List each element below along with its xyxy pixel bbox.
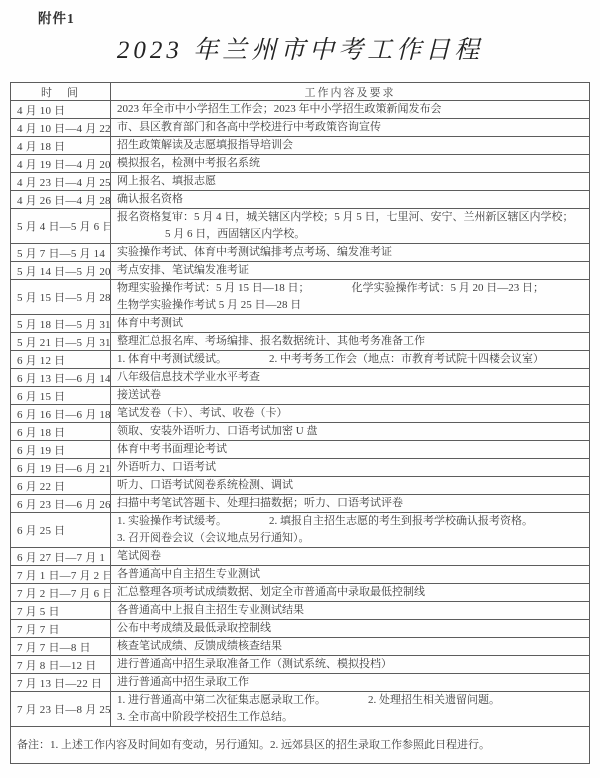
table-row: 6 月 25 日1. 实验操作考试缓考。2. 填报自主招生志愿的考生到报考学校确… [11,513,590,548]
row-time-cell: 6 月 22 日 [11,477,111,495]
content-segment: 接送试卷 [117,387,161,404]
table-row: 6 月 22 日听力、口语考试阅卷系统检测、调试 [11,477,590,495]
content-line: 2023 年全市中小学招生工作会；2023 年中小学招生政策新闻发布会 [117,101,583,118]
row-time-cell: 5 月 4 日—5 月 6 日 [11,209,111,244]
content-segment: 外语听力、口语考试 [117,459,216,476]
row-content-cell: 网上报名、填报志愿 [111,173,590,191]
row-time-cell: 7 月 7 日 [11,620,111,638]
content-line: 八年级信息技术学业水平考查 [117,369,583,386]
note-cell: 备注：1. 上述工作内容及时间如有变动，另行通知。2. 远郊县区的招生录取工作参… [11,727,590,764]
table-row: 7 月 13 日—22 日进行普通高中招生录取工作 [11,674,590,692]
table-row: 4 月 10 日—4 月 22 日市、县区教育部门和各高中学校进行中考政策咨询宣… [11,119,590,137]
content-segment: 笔试发卷（卡）、考试、收卷（卡） [117,405,288,422]
row-content-cell: 体育中考书面理论考试 [111,441,590,459]
table-row: 5 月 21 日—5 月 31 日整理汇总报名库、考场编排、报名数据统计、其他考… [11,333,590,351]
content-segment: 进行普通高中招生录取工作 [117,674,249,691]
content-segment: 物理实验操作考试：5 月 15 日—18 日； [117,280,310,297]
row-content-cell: 进行普通高中招生录取准备工作（测试系统、模拟投档） [111,656,590,674]
row-time-cell: 4 月 19 日—4 月 20 日 [11,155,111,173]
table-row: 4 月 23 日—4 月 25 日网上报名、填报志愿 [11,173,590,191]
content-segment: 市、县区教育部门和各高中学校进行中考政策咨询宣传 [117,119,381,136]
content-line: 听力、口语考试阅卷系统检测、调试 [117,477,583,494]
content-line: 接送试卷 [117,387,583,404]
content-segment: 整理汇总报名库、考场编排、报名数据统计、其他考务准备工作 [117,333,425,350]
row-time-cell: 6 月 19 日 [11,441,111,459]
table-row: 7 月 5 日各普通高中上报自主招生专业测试结果 [11,602,590,620]
row-content-cell: 1. 进行普通高中第二次征集志愿录取工作。2. 处理招生相关遗留问题。3. 全市… [111,692,590,727]
row-time-cell: 4 月 26 日—4 月 28 日 [11,191,111,209]
row-time-cell: 6 月 25 日 [11,513,111,548]
table-row: 5 月 7 日—5 月 14 日实验操作考试、体育中考测试编排考点考场、编发准考… [11,244,590,262]
table-header-row: 时 间 工作内容及要求 [11,83,590,101]
content-line: 各普通高中自主招生专业测试 [117,566,583,583]
content-line: 生物学实验操作考试 5 月 25 日—28 日 [117,297,583,314]
row-time-cell: 6 月 16 日—6 月 18 日 [11,405,111,423]
content-line: 公布中考成绩及最低录取控制线 [117,620,583,637]
content-segment: 5 月 6 日，西固辖区内学校。 [165,226,305,243]
table-row: 6 月 15 日接送试卷 [11,387,590,405]
table-row: 5 月 18 日—5 月 31 日体育中考测试 [11,315,590,333]
row-time-cell: 4 月 10 日—4 月 22 日 [11,119,111,137]
content-segment: 1. 进行普通高中第二次征集志愿录取工作。 [117,692,326,709]
content-line: 领取、安装外语听力、口语考试加密 U 盘 [117,423,583,440]
content-line: 体育中考书面理论考试 [117,441,583,458]
note-text: 备注：1. 上述工作内容及时间如有变动，另行通知。2. 远郊县区的招生录取工作参… [17,737,583,754]
row-content-cell: 汇总整理各项考试成绩数据、划定全市普通高中录取最低控制线 [111,584,590,602]
content-segment: 扫描中考笔试答题卡、处理扫描数据；听力、口语考试评卷 [117,495,403,512]
row-time-cell: 7 月 23 日—8 月 25 日 [11,692,111,727]
content-segment: 考点安排、笔试编发准考证 [117,262,249,279]
table-row: 7 月 8 日—12 日进行普通高中招生录取准备工作（测试系统、模拟投档） [11,656,590,674]
row-content-cell: 八年级信息技术学业水平考查 [111,369,590,387]
table-row: 6 月 18 日领取、安装外语听力、口语考试加密 U 盘 [11,423,590,441]
content-line: 招生政策解读及志愿填报指导培训会 [117,137,583,154]
content-segment: 各普通高中自主招生专业测试 [117,566,260,583]
row-time-cell: 6 月 12 日 [11,351,111,369]
content-line: 笔试发卷（卡）、考试、收卷（卡） [117,405,583,422]
content-line: 物理实验操作考试：5 月 15 日—18 日；化学实验操作考试：5 月 20 日… [117,280,583,297]
row-time-cell: 6 月 13 日—6 月 14 日 [11,369,111,387]
content-line: 报名资格复审：5 月 4 日，城关辖区内学校；5 月 5 日，七里河、安宁、兰州… [117,209,583,226]
row-content-cell: 外语听力、口语考试 [111,459,590,477]
row-content-cell: 报名资格复审：5 月 4 日，城关辖区内学校；5 月 5 日，七里河、安宁、兰州… [111,209,590,244]
row-content-cell: 物理实验操作考试：5 月 15 日—18 日；化学实验操作考试：5 月 20 日… [111,280,590,315]
row-content-cell: 2023 年全市中小学招生工作会；2023 年中小学招生政策新闻发布会 [111,101,590,119]
row-time-cell: 7 月 8 日—12 日 [11,656,111,674]
content-segment: 1. 实验操作考试缓考。 [117,513,227,530]
row-content-cell: 接送试卷 [111,387,590,405]
table-row: 6 月 19 日—6 月 21 日外语听力、口语考试 [11,459,590,477]
content-segment: 2. 处理招生相关遗留问题。 [368,692,500,709]
content-segment: 进行普通高中招生录取准备工作（测试系统、模拟投档） [117,656,392,673]
row-content-cell: 招生政策解读及志愿填报指导培训会 [111,137,590,155]
row-content-cell: 确认报名资格 [111,191,590,209]
content-line: 5 月 6 日，西固辖区内学校。 [117,226,583,243]
content-segment: 汇总整理各项考试成绩数据、划定全市普通高中录取最低控制线 [117,584,425,601]
row-time-cell: 7 月 1 日—7 月 2 日 [11,566,111,584]
row-time-cell: 5 月 7 日—5 月 14 日 [11,244,111,262]
row-time-cell: 4 月 18 日 [11,137,111,155]
content-segment: 生物学实验操作考试 5 月 25 日—28 日 [117,297,301,314]
row-time-cell: 6 月 27 日—7 月 1 日 [11,548,111,566]
table-row: 4 月 18 日招生政策解读及志愿填报指导培训会 [11,137,590,155]
content-segment: 招生政策解读及志愿填报指导培训会 [117,137,293,154]
row-content-cell: 笔试阅卷 [111,548,590,566]
note-row: 备注：1. 上述工作内容及时间如有变动，另行通知。2. 远郊县区的招生录取工作参… [11,727,590,764]
row-content-cell: 1. 实验操作考试缓考。2. 填报自主招生志愿的考生到报考学校确认报考资格。3.… [111,513,590,548]
content-line: 外语听力、口语考试 [117,459,583,476]
content-segment: 八年级信息技术学业水平考查 [117,369,260,386]
table-row: 7 月 7 日公布中考成绩及最低录取控制线 [11,620,590,638]
content-segment: 网上报名、填报志愿 [117,173,216,190]
content-line: 考点安排、笔试编发准考证 [117,262,583,279]
row-time-cell: 4 月 23 日—4 月 25 日 [11,173,111,191]
content-segment: 各普通高中上报自主招生专业测试结果 [117,602,304,619]
row-time-cell: 7 月 13 日—22 日 [11,674,111,692]
table-row: 6 月 19 日体育中考书面理论考试 [11,441,590,459]
content-segment: 公布中考成绩及最低录取控制线 [117,620,271,637]
content-segment: 体育中考测试 [117,315,183,332]
content-segment: 1. 体育中考测试缓试。 [117,351,227,368]
content-segment: 核查笔试成绩、反馈成绩核查结果 [117,638,282,655]
table-row: 5 月 14 日—5 月 20 日考点安排、笔试编发准考证 [11,262,590,280]
content-line: 网上报名、填报志愿 [117,173,583,190]
row-time-cell: 7 月 2 日—7 月 6 日 [11,584,111,602]
table-row: 7 月 2 日—7 月 6 日汇总整理各项考试成绩数据、划定全市普通高中录取最低… [11,584,590,602]
table-row: 7 月 7 日—8 日核查笔试成绩、反馈成绩核查结果 [11,638,590,656]
content-line: 实验操作考试、体育中考测试编排考点考场、编发准考证 [117,244,583,261]
row-time-cell: 5 月 21 日—5 月 31 日 [11,333,111,351]
row-content-cell: 公布中考成绩及最低录取控制线 [111,620,590,638]
content-line: 确认报名资格 [117,191,583,208]
table-row: 4 月 10 日2023 年全市中小学招生工作会；2023 年中小学招生政策新闻… [11,101,590,119]
row-content-cell: 实验操作考试、体育中考测试编排考点考场、编发准考证 [111,244,590,262]
row-content-cell: 整理汇总报名库、考场编排、报名数据统计、其他考务准备工作 [111,333,590,351]
document-page: 附件1 2023 年兰州市中考工作日程 时 间 工作内容及要求 4 月 10 日… [0,0,600,778]
table-row: 7 月 1 日—7 月 2 日各普通高中自主招生专业测试 [11,566,590,584]
content-line: 模拟报名，检测中考报名系统 [117,155,583,172]
row-content-cell: 核查笔试成绩、反馈成绩核查结果 [111,638,590,656]
row-content-cell: 各普通高中自主招生专业测试 [111,566,590,584]
content-line: 进行普通高中招生录取工作 [117,674,583,691]
content-segment: 2023 年全市中小学招生工作会；2023 年中小学招生政策新闻发布会 [117,101,442,118]
table-row: 6 月 12 日1. 体育中考测试缓试。2. 中考考务工作会（地点：市教育考试院… [11,351,590,369]
content-segment: 3. 全市高中阶段学校招生工作总结。 [117,709,293,726]
row-content-cell: 笔试发卷（卡）、考试、收卷（卡） [111,405,590,423]
table-row: 6 月 16 日—6 月 18 日笔试发卷（卡）、考试、收卷（卡） [11,405,590,423]
content-segment: 听力、口语考试阅卷系统检测、调试 [117,477,293,494]
row-content-cell: 听力、口语考试阅卷系统检测、调试 [111,477,590,495]
content-segment: 笔试阅卷 [117,548,161,565]
content-segment: 报名资格复审：5 月 4 日，城关辖区内学校；5 月 5 日，七里河、安宁、兰州… [117,209,574,226]
row-content-cell: 各普通高中上报自主招生专业测试结果 [111,602,590,620]
table-row: 7 月 23 日—8 月 25 日1. 进行普通高中第二次征集志愿录取工作。2.… [11,692,590,727]
content-line: 1. 体育中考测试缓试。2. 中考考务工作会（地点：市教育考试院十四楼会议室） [117,351,583,368]
content-line: 1. 进行普通高中第二次征集志愿录取工作。2. 处理招生相关遗留问题。 [117,692,583,709]
row-time-cell: 6 月 23 日—6 月 26 日 [11,495,111,513]
row-time-cell: 4 月 10 日 [11,101,111,119]
attachment-label: 附件1 [38,7,75,27]
table-row: 5 月 15 日—5 月 28 日物理实验操作考试：5 月 15 日—18 日；… [11,280,590,315]
content-line: 3. 召开阅卷会议（会议地点另行通知）。 [117,530,583,547]
row-content-cell: 体育中考测试 [111,315,590,333]
row-time-cell: 6 月 19 日—6 月 21 日 [11,459,111,477]
row-content-cell: 领取、安装外语听力、口语考试加密 U 盘 [111,423,590,441]
table-row: 4 月 26 日—4 月 28 日确认报名资格 [11,191,590,209]
row-time-cell: 5 月 14 日—5 月 20 日 [11,262,111,280]
row-time-cell: 7 月 7 日—8 日 [11,638,111,656]
table-row: 6 月 27 日—7 月 1 日笔试阅卷 [11,548,590,566]
content-segment: 实验操作考试、体育中考测试编排考点考场、编发准考证 [117,244,392,261]
content-line: 核查笔试成绩、反馈成绩核查结果 [117,638,583,655]
content-line: 1. 实验操作考试缓考。2. 填报自主招生志愿的考生到报考学校确认报考资格。 [117,513,583,530]
content-line: 整理汇总报名库、考场编排、报名数据统计、其他考务准备工作 [117,333,583,350]
content-line: 扫描中考笔试答题卡、处理扫描数据；听力、口语考试评卷 [117,495,583,512]
row-time-cell: 5 月 18 日—5 月 31 日 [11,315,111,333]
row-content-cell: 进行普通高中招生录取工作 [111,674,590,692]
content-segment: 2. 填报自主招生志愿的考生到报考学校确认报考资格。 [269,513,533,530]
row-time-cell: 6 月 18 日 [11,423,111,441]
content-column-header: 工作内容及要求 [111,83,590,101]
content-line: 3. 全市高中阶段学校招生工作总结。 [117,709,583,726]
content-segment: 3. 召开阅卷会议（会议地点另行通知）。 [117,530,310,547]
row-time-cell: 5 月 15 日—5 月 28 日 [11,280,111,315]
row-content-cell: 考点安排、笔试编发准考证 [111,262,590,280]
page-title: 2023 年兰州市中考工作日程 [0,30,600,66]
content-line: 各普通高中上报自主招生专业测试结果 [117,602,583,619]
content-line: 体育中考测试 [117,315,583,332]
schedule-body: 4 月 10 日2023 年全市中小学招生工作会；2023 年中小学招生政策新闻… [11,101,590,727]
row-content-cell: 扫描中考笔试答题卡、处理扫描数据；听力、口语考试评卷 [111,495,590,513]
row-time-cell: 6 月 15 日 [11,387,111,405]
row-time-cell: 7 月 5 日 [11,602,111,620]
content-segment: 体育中考书面理论考试 [117,441,227,458]
row-content-cell: 1. 体育中考测试缓试。2. 中考考务工作会（地点：市教育考试院十四楼会议室） [111,351,590,369]
table-row: 4 月 19 日—4 月 20 日模拟报名，检测中考报名系统 [11,155,590,173]
content-segment: 模拟报名，检测中考报名系统 [117,155,260,172]
content-line: 汇总整理各项考试成绩数据、划定全市普通高中录取最低控制线 [117,584,583,601]
content-line: 笔试阅卷 [117,548,583,565]
content-segment: 2. 中考考务工作会（地点：市教育考试院十四楼会议室） [269,351,544,368]
content-segment: 确认报名资格 [117,191,183,208]
time-column-header: 时 间 [11,83,111,101]
row-content-cell: 模拟报名，检测中考报名系统 [111,155,590,173]
schedule-table: 时 间 工作内容及要求 4 月 10 日2023 年全市中小学招生工作会；202… [10,82,590,764]
table-row: 6 月 13 日—6 月 14 日八年级信息技术学业水平考查 [11,369,590,387]
table-row: 5 月 4 日—5 月 6 日报名资格复审：5 月 4 日，城关辖区内学校；5 … [11,209,590,244]
row-content-cell: 市、县区教育部门和各高中学校进行中考政策咨询宣传 [111,119,590,137]
content-line: 进行普通高中招生录取准备工作（测试系统、模拟投档） [117,656,583,673]
content-segment: 化学实验操作考试：5 月 20 日—23 日； [352,280,545,297]
content-line: 市、县区教育部门和各高中学校进行中考政策咨询宣传 [117,119,583,136]
content-segment: 领取、安装外语听力、口语考试加密 U 盘 [117,423,317,440]
table-row: 6 月 23 日—6 月 26 日扫描中考笔试答题卡、处理扫描数据；听力、口语考… [11,495,590,513]
